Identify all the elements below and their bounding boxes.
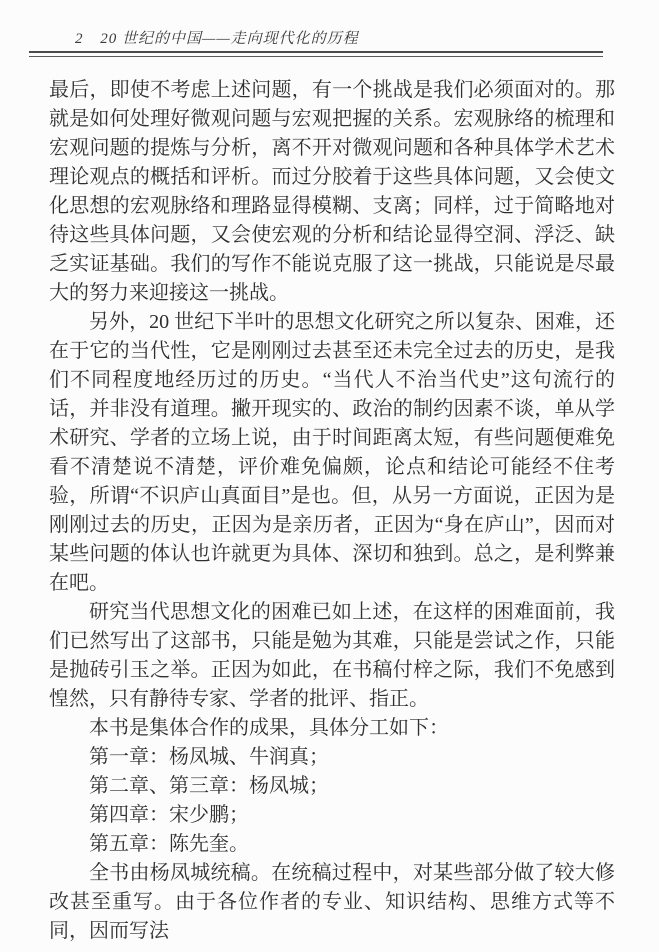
paragraph-micro-macro-challenge: 最后，即使不考虑上述问题，有一个挑战是我们必须面对的。那就是如何处理好微观问题与… (49, 76, 615, 308)
chapter-credit-3: 第四章：宋少鹏； (49, 801, 615, 830)
chapter-credit-2: 第二章、第三章：杨凤城； (49, 772, 615, 801)
header-double-rule (29, 51, 603, 57)
page-number: 2 (75, 31, 84, 48)
paragraph-division-of-labor-intro: 本书是集体合作的成果，具体分工如下： (49, 714, 615, 743)
page-body: 最后，即使不考虑上述问题，有一个挑战是我们必须面对的。那就是如何处理好微观问题与… (49, 76, 615, 946)
running-title: 20 世纪的中国——走向现代化的历程 (100, 31, 358, 47)
chapter-credit-1: 第一章：杨凤城、牛润真； (49, 743, 615, 772)
book-page: 2 20 世纪的中国——走向现代化的历程 最后，即使不考虑上述问题，有一个挑战是… (0, 0, 659, 952)
paragraph-humble-attempt: 研究当代思想文化的困难已如上述，在这样的困难面前，我们已然写出了这部书，只能是勉… (49, 598, 615, 714)
chapter-credit-4: 第五章：陈先奎。 (49, 830, 615, 859)
paragraph-editing-note: 全书由杨凤城统稿。在统稿过程中，对某些部分做了较大修改甚至重写。由于各位作者的专… (49, 859, 615, 946)
page-header: 2 20 世纪的中国——走向现代化的历程 (75, 27, 359, 48)
paragraph-contemporaneity: 另外，20 世纪下半叶的思想文化研究之所以复杂、困难，还在于它的当代性，它是刚刚… (49, 308, 615, 598)
